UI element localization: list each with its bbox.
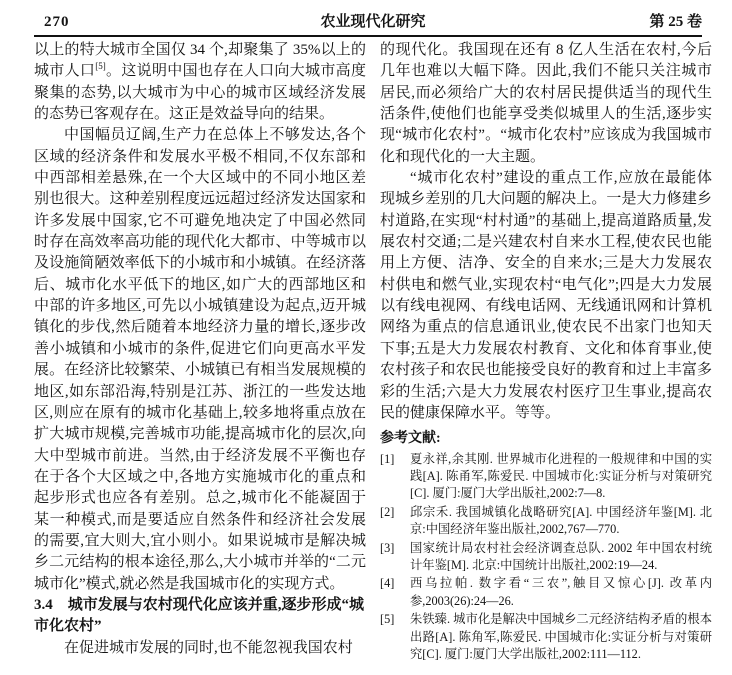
paragraph: 中国幅员辽阔,生产力在总体上不够发达,各个区域的经济条件和发展水平极不相同,不仅… — [34, 125, 366, 595]
reference-item: [4] 西乌拉帕. 数字看“三农”,触目又惊心[J]. 改革内参,2003(26… — [380, 575, 712, 610]
right-column: 的现代化。我国现在还有 8 亿人生活在农村,今后几年也难以大幅下降。因此,我们不… — [380, 40, 712, 663]
reference-label: [2] — [380, 504, 410, 539]
citation-superscript: [5] — [95, 61, 106, 71]
page-number: 270 — [34, 14, 164, 31]
journal-title: 农业现代化研究 — [164, 10, 582, 31]
reference-item: [3] 国家统计局农村社会经济调查总队. 2002 年中国农村统计年鉴[M]. … — [380, 540, 712, 575]
paragraph: “城市化农村”建设的重点工作,应放在最能体现城乡差别的几大问题的解决上。一是大力… — [380, 168, 712, 424]
references-heading: 参考文献: — [380, 428, 712, 449]
reference-item: [1] 夏永祥,余其刚. 世界城市化进程的一般规律和中国的实践[A]. 陈甬军,… — [380, 451, 712, 503]
reference-item: [2] 邱宗禾. 我国城镇化战略研究[A]. 中国经济年鉴[M]. 北京:中国经… — [380, 504, 712, 539]
reference-item: [5] 朱铁臻. 城市化是解决中国城乡二元经济结构矛盾的根本出路[A]. 陈角军… — [380, 611, 712, 663]
reference-label: [1] — [380, 451, 410, 503]
reference-text: 邱宗禾. 我国城镇化战略研究[A]. 中国经济年鉴[M]. 北京:中国经济年鉴出… — [410, 504, 712, 539]
paragraph: 在促进城市发展的同时,也不能忽视我国农村 — [34, 638, 366, 659]
paragraph-continuation: 的现代化。我国现在还有 8 亿人生活在农村,今后几年也难以大幅下降。因此,我们不… — [380, 40, 712, 168]
journal-page: 270 农业现代化研究 第 25 卷 以上的特大城市全国仅 34 个,却聚集了 … — [0, 0, 732, 675]
text-columns: 以上的特大城市全国仅 34 个,却聚集了 35%以上的城市人口[5]。这说明中国… — [34, 40, 702, 663]
volume-label: 第 25 卷 — [582, 10, 702, 31]
paragraph-continuation: 以上的特大城市全国仅 34 个,却聚集了 35%以上的城市人口[5]。这说明中国… — [34, 40, 366, 125]
reference-label: [5] — [380, 611, 410, 663]
reference-text: 国家统计局农村社会经济调查总队. 2002 年中国农村统计年鉴[M]. 北京:中… — [410, 540, 712, 575]
reference-text: 朱铁臻. 城市化是解决中国城乡二元经济结构矛盾的根本出路[A]. 陈角军,陈爱民… — [410, 611, 712, 663]
running-head: 270 农业现代化研究 第 25 卷 — [34, 10, 702, 37]
section-heading: 3.4 城市发展与农村现代化应该并重,逐步形成“城市化农村” — [34, 595, 366, 638]
reference-text: 西乌拉帕. 数字看“三农”,触目又惊心[J]. 改革内参,2003(26):24… — [410, 575, 712, 610]
reference-label: [4] — [380, 575, 410, 610]
reference-text: 夏永祥,余其刚. 世界城市化进程的一般规律和中国的实践[A]. 陈甬军,陈爱民.… — [410, 451, 712, 503]
left-column: 以上的特大城市全国仅 34 个,却聚集了 35%以上的城市人口[5]。这说明中国… — [34, 40, 366, 663]
reference-label: [3] — [380, 540, 410, 575]
